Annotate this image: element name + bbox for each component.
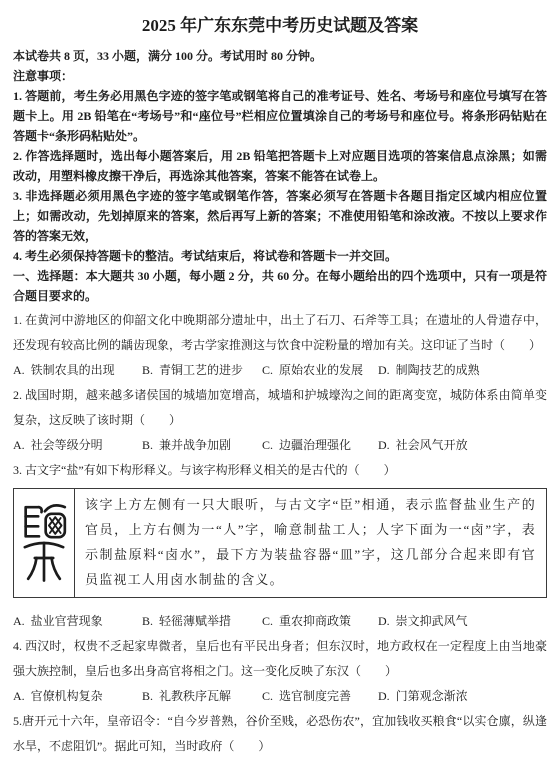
- option-b: B.青铜工艺的进步: [142, 358, 262, 383]
- notice-label: 注意事项：: [13, 66, 547, 86]
- option-text: 礼教秩序瓦解: [159, 689, 231, 703]
- option-text: 边疆治理强化: [279, 438, 351, 452]
- notice-item-3: 3. 非选择题必须用黑色字迹的签字笔或钢笔作答，答案必须写在答题卡各题目指定区域…: [13, 186, 547, 246]
- page-title: 2025 年广东东莞中考历史试题及答案: [13, 14, 547, 38]
- notice-item-2: 2. 作答选择题时，选出每小题答案后，用 2B 铅笔把答题卡上对应题目选项的答案…: [13, 146, 547, 186]
- options-row: A.社会等级分明 B.兼并战争加剧 C.边疆治理强化 D.社会风气开放: [13, 433, 547, 458]
- options-row: A.盐业官营现象 B.轻徭薄赋举措 C.重农抑商政策 D.崇文抑武风气: [13, 609, 547, 634]
- notice-item-1: 1. 答题前，考生务必用黑色字迹的签字笔或钢笔将自己的准考证号、姓名、考场号和座…: [13, 86, 547, 146]
- option-text: 社会等级分明: [31, 438, 103, 452]
- option-b: B.轻徭薄赋举措: [142, 609, 262, 634]
- option-text: 铁制农具的出现: [31, 363, 115, 377]
- option-label: B.: [142, 438, 153, 452]
- option-c: C.原始农业的发展: [262, 358, 378, 383]
- notice-list: 1. 答题前，考生务必用黑色字迹的签字笔或钢笔将自己的准考证号、姓名、考场号和座…: [13, 86, 547, 266]
- option-text: 兼并战争加剧: [159, 438, 231, 452]
- question-stem: 1. 在黄河中游地区的仰韶文化中晚期部分遗址中，出土了石刀、石斧等工具；在遗址的…: [13, 308, 547, 358]
- notice-item-4: 4. 考生必须保持答题卡的整洁。考试结束后，将试卷和答题卡一并交回。: [13, 246, 547, 266]
- question-stem: 2. 战国时期，越来越多诸侯国的城墙加宽增高，城墙和护城壕沟之间的距离变宽，城防…: [13, 383, 547, 433]
- option-label: C.: [262, 363, 273, 377]
- option-label: B.: [142, 614, 153, 628]
- option-label: C.: [262, 614, 273, 628]
- option-label: D.: [378, 363, 390, 377]
- option-label: C.: [262, 438, 273, 452]
- option-b: B.礼教秩序瓦解: [142, 684, 262, 709]
- option-a: A.社会等级分明: [13, 433, 142, 458]
- option-text: 轻徭薄赋举措: [159, 614, 231, 628]
- glyph-description: 该字上方左侧有一只大眼听，与古文字“臣”相通，表示监督盐业生产的官员，上方右侧为…: [75, 489, 546, 597]
- glyph-figure-table: 该字上方左侧有一只大眼听，与古文字“臣”相通，表示监督盐业生产的官员，上方右侧为…: [13, 488, 547, 598]
- option-text: 重农抑商政策: [279, 614, 351, 628]
- option-text: 选官制度完善: [279, 689, 351, 703]
- option-text: 官僚机构复杂: [31, 689, 103, 703]
- option-text: 原始农业的发展: [279, 363, 363, 377]
- option-c: C.选官制度完善: [262, 684, 378, 709]
- option-d: D.社会风气开放: [378, 433, 547, 458]
- option-c: C.边疆治理强化: [262, 433, 378, 458]
- question-stem: 5.唐开元十六年，皇帝诏令：“自今岁普熟，谷价至贱，必恐伤农”，宜加钱收买粮食“…: [13, 709, 547, 759]
- option-label: A.: [13, 689, 25, 703]
- options-row: A.铁制农具的出现 B.青铜工艺的进步 C.原始农业的发展 D.制陶技艺的成熟: [13, 358, 547, 383]
- seal-script-salt-icon: [19, 495, 69, 591]
- option-label: D.: [378, 438, 390, 452]
- paper-info: 本试卷共 8 页，33 小题，满分 100 分。考试用时 80 分钟。: [13, 46, 547, 66]
- option-label: B.: [142, 689, 153, 703]
- option-text: 制陶技艺的成熟: [396, 363, 480, 377]
- option-c: C.重农抑商政策: [262, 609, 378, 634]
- question-4: 4. 西汉时，权贵不乏起家卑微者，皇后也有平民出身者；但东汉时，地方政权在一定程…: [13, 634, 547, 709]
- option-a: A.铁制农具的出现: [13, 358, 142, 383]
- option-text: 社会风气开放: [396, 438, 468, 452]
- option-text: 门第观念渐浓: [396, 689, 468, 703]
- glyph-figure-cell: [14, 489, 75, 597]
- options-row: A.官僚机构复杂 B.礼教秩序瓦解 C.选官制度完善 D.门第观念渐浓: [13, 684, 547, 709]
- option-label: D.: [378, 614, 390, 628]
- option-label: B.: [142, 363, 153, 377]
- option-text: 青铜工艺的进步: [159, 363, 243, 377]
- question-2: 2. 战国时期，越来越多诸侯国的城墙加宽增高，城墙和护城壕沟之间的距离变宽，城防…: [13, 383, 547, 458]
- option-a: A.盐业官营现象: [13, 609, 142, 634]
- exam-paper-page: 2025 年广东东莞中考历史试题及答案 本试卷共 8 页，33 小题，满分 10…: [0, 0, 560, 759]
- question-1: 1. 在黄河中游地区的仰韶文化中晚期部分遗址中，出土了石刀、石斧等工具；在遗址的…: [13, 308, 547, 383]
- option-d: D.崇文抑武风气: [378, 609, 547, 634]
- question-3: 3. 古文字“盐”有如下构形释义。与该字构形释义相关的是古代的（ ）: [13, 458, 547, 634]
- option-text: 崇文抑武风气: [396, 614, 468, 628]
- option-label: A.: [13, 614, 25, 628]
- section-heading: 一、选择题：本大题共 30 小题，每小题 2 分，共 60 分。在每小题给出的四…: [13, 266, 547, 306]
- option-label: A.: [13, 363, 25, 377]
- option-b: B.兼并战争加剧: [142, 433, 262, 458]
- option-d: D.制陶技艺的成熟: [378, 358, 547, 383]
- question-5: 5.唐开元十六年，皇帝诏令：“自今岁普熟，谷价至贱，必恐伤农”，宜加钱收买粮食“…: [13, 709, 547, 759]
- question-stem: 4. 西汉时，权贵不乏起家卑微者，皇后也有平民出身者；但东汉时，地方政权在一定程…: [13, 634, 547, 684]
- option-a: A.官僚机构复杂: [13, 684, 142, 709]
- option-label: A.: [13, 438, 25, 452]
- option-label: D.: [378, 689, 390, 703]
- option-label: C.: [262, 689, 273, 703]
- option-text: 盐业官营现象: [31, 614, 103, 628]
- question-stem: 3. 古文字“盐”有如下构形释义。与该字构形释义相关的是古代的（ ）: [13, 458, 547, 483]
- option-d: D.门第观念渐浓: [378, 684, 547, 709]
